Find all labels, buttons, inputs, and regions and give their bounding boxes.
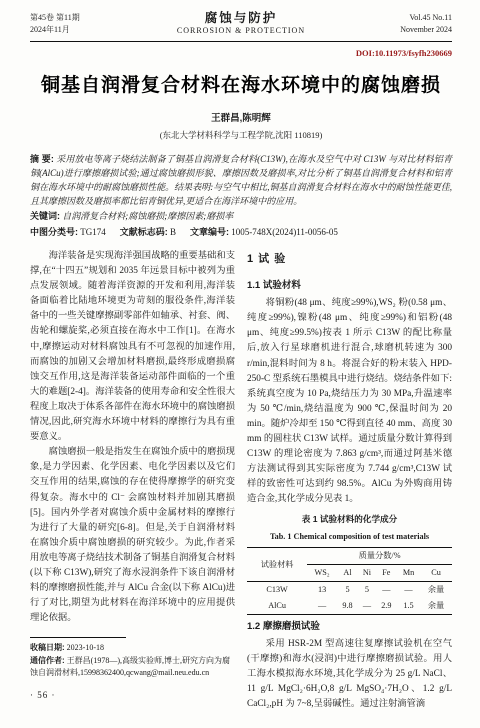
received-date: 2023-10-18 [67,643,104,652]
abstract-text: 采用放电等离子烧结法制备了铜基自润滑复合材料(C13W),在海水及空气中对 C1… [30,154,452,206]
table1-header-row-1: 试验材料 质量分数/% [247,547,452,564]
table1-subcol-ws2: WS₂ [307,564,337,581]
table1-subcol-mn: Mn [397,564,420,581]
table1-c13w-ws2: 13 [307,581,337,598]
table1-alcu-cu: 余量 [420,598,452,615]
affiliation: (东北大学材料科学与工程学院,沈阳 110819) [30,129,452,141]
journal-header: 第45卷 第11期 2024年11月 腐蚀与防护 CORROSION & PRO… [30,12,452,37]
section-1-2-heading: 1.2 摩擦磨损试验 [247,619,452,634]
table-row: C13W 13 5 5 — — 余量 [247,581,452,598]
body-columns: 海洋装备是实现海洋强国战略的重要基础和支撑,在“十四五”规划和 2035 年远景… [30,249,452,701]
table1-col-material: 试验材料 [247,547,307,581]
table1-caption-en: Tab. 1 Chemical composition of test mate… [247,529,452,544]
keywords-line: 关键词: 自润滑复合材料;腐蚀磨损;摩擦因素;磨损率 [30,209,452,223]
journal-title-en: CORROSION & PROTECTION [120,25,362,37]
author-label: 通信作者: [30,656,65,665]
doi: DOI:10.11973/fsyfh230669 [30,48,452,58]
friction-test-paragraph: 采用 HSR-2M 型高速往复摩擦试验机在空气(干摩擦)和海水(浸润)中进行摩擦… [247,637,452,712]
table1-c13w-ni: 5 [358,581,376,598]
table1-alcu-mn: 1.5 [397,598,420,615]
volume-issue-en: Vol.45 No.11 [362,12,452,24]
footnote-divider [30,637,126,638]
table1-alcu-ni: — [358,598,376,615]
table1-col-massfraction: 质量分数/% [307,547,452,564]
page-number: · 56 · [30,689,235,702]
clc-value: TG174 [80,227,106,237]
journal-name-block: 腐蚀与防护 CORROSION & PROTECTION [120,12,362,37]
abstract-block: 摘 要: 采用放电等离子烧结法制备了铜基自润滑复合材料(C13W),在海水及空气… [30,152,452,208]
table1-alcu-fe: 2.9 [376,598,397,615]
table1-subcol-ni: Ni [358,564,376,581]
header-divider [30,41,452,42]
table-row: AlCu — 9.8 — 2.9 1.5 余量 [247,598,452,615]
keywords-text: 自润滑复合材料;腐蚀磨损;摩擦因素;磨损率 [62,211,233,221]
table1-subcol-fe: Fe [376,564,397,581]
intro-paragraph-1: 海洋装备是实现海洋强国战略的重要基础和支撑,在“十四五”规划和 2035 年远景… [30,249,235,445]
article-title: 铜基自润滑复合材料在海水环境中的腐蚀磨损 [30,70,452,97]
footnote-block: 收稿日期: 2023-10-18 通信作者: 王群昌(1978—),高级实验师,… [30,637,235,701]
table1-c13w-fe: — [376,581,397,598]
section-1-1-heading: 1.1 试验材料 [247,278,452,293]
table1-alcu-material: AlCu [247,598,307,615]
table1-c13w-al: 5 [337,581,358,598]
received-date-line: 收稿日期: 2023-10-18 [30,642,235,655]
doc-code-label: 文献标志码: [120,227,168,237]
header-volume-cn: 第45卷 第11期 2024年11月 [30,12,120,36]
table1-alcu-ws2: — [307,598,337,615]
keywords-label: 关键词: [30,211,60,221]
corresponding-author-line: 通信作者: 王群昌(1978—),高级实验师,博士,研究方向为腐蚀自润滑材料,1… [30,655,235,680]
article-id-value: 1005-748X(2024)11-0056-05 [231,227,338,237]
abstract-label: 摘 要: [30,154,54,164]
table1-c13w-material: C13W [247,581,307,598]
received-label: 收稿日期: [30,643,65,652]
volume-issue-cn: 第45卷 第11期 [30,12,120,24]
materials-paragraph: 将铜粉(48 μm、纯度≥99%),WS₂ 粉(0.58 μm、纯度≥99%),… [247,296,452,507]
article-id-label: 文章编号: [190,227,229,237]
table1-alcu-al: 9.8 [337,598,358,615]
table1-subcol-cu: Cu [420,564,452,581]
doc-code-value: B [170,227,176,237]
journal-page: 第45卷 第11期 2024年11月 腐蚀与防护 CORROSION & PRO… [0,0,480,728]
classification-line: 中图分类号: TG174文献标志码: B文章编号: 1005-748X(2024… [30,225,452,239]
left-column: 海洋装备是实现海洋强国战略的重要基础和支撑,在“十四五”规划和 2035 年远景… [30,249,235,701]
intro-paragraph-2: 腐蚀磨损一般是指发生在腐蚀介质中的磨损现象,是力学因素、化学因素、电化学因素以及… [30,445,235,626]
clc-label: 中图分类号: [30,227,78,237]
table1-c13w-cu: 余量 [420,581,452,598]
date-en: November 2024 [362,24,452,36]
header-volume-en: Vol.45 No.11 November 2024 [362,12,452,36]
table1-subcol-al: Al [337,564,358,581]
authors: 王群昌,陈明辉 [30,110,452,124]
right-column: 1 试 验 1.1 试验材料 将铜粉(48 μm、纯度≥99%),WS₂ 粉(0… [247,249,452,701]
date-cn: 2024年11月 [30,24,120,36]
section-1-heading: 1 试 验 [247,252,452,267]
table1-chemical-composition: 试验材料 质量分数/% WS₂ Al Ni Fe Mn Cu C13W [247,547,452,615]
table1-caption-cn: 表 1 试验材料的化学成分 [247,512,452,527]
table1-c13w-mn: — [397,581,420,598]
journal-title-cn: 腐蚀与防护 [120,12,362,24]
